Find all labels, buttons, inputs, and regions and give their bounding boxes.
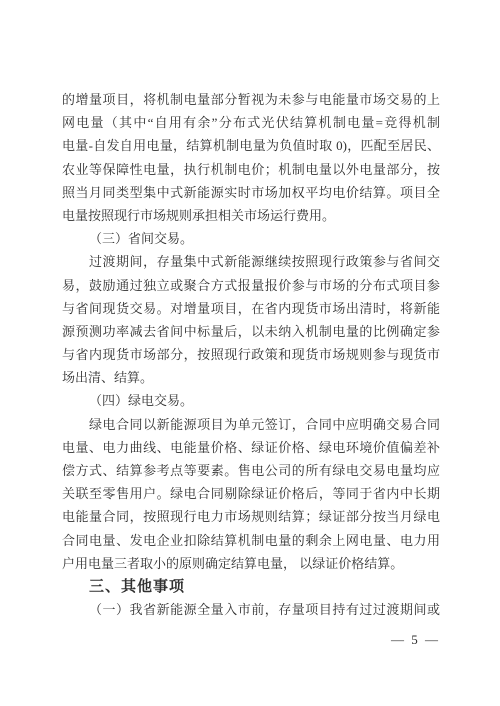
text-line: 与省间现货交易。对增量项目，在省内现货市场出清时，将新能 bbox=[62, 297, 440, 320]
page-number: — 5 — bbox=[391, 632, 440, 648]
section-heading: 三、其他事项 bbox=[62, 575, 440, 598]
text-line: 网电量（其中“自用有余”分布式光伏结算机制电量=竞得机制 bbox=[62, 111, 440, 134]
text-line: 易，鼓励通过独立或聚合方式报量报价参与市场的分布式项目参 bbox=[62, 274, 440, 297]
text-line: 绿电合同以新能源项目为单元签订，合同中应明确交易合同 bbox=[62, 413, 440, 436]
text-line: 合同电量、发电企业扣除结算机制电量的剩余上网电量、电力用 bbox=[62, 529, 440, 552]
text-line: 农业等保障性电量，执行机制电价；机制电量以外电量部分，按 bbox=[62, 158, 440, 181]
text-line: 偿方式、结算参考点等要素。售电公司的所有绿电交易电量均应 bbox=[62, 459, 440, 482]
text-line: 电量按照现行市场规则承担相关市场运行费用。 bbox=[62, 204, 440, 227]
text-line: 场出清、结算。 bbox=[62, 366, 440, 389]
document-body: 的增量项目，将机制电量部分暂视为未参与电能量市场交易的上网电量（其中“自用有余”… bbox=[62, 88, 440, 621]
text-line: 照当月同类型集中式新能源实时市场加权平均电价结算。项目全 bbox=[62, 181, 440, 204]
text-line: 电量-自发自用电量，结算机制电量为负值时取 0)，匹配至居民、 bbox=[62, 134, 440, 157]
text-line: （三）省间交易。 bbox=[62, 227, 440, 250]
text-line: 电量、电力曲线、电能量价格、绿证价格、绿电环境价值偏差补 bbox=[62, 436, 440, 459]
text-line: 过渡期间，存量集中式新能源继续按照现行政策参与省间交 bbox=[62, 250, 440, 273]
text-line: 的增量项目，将机制电量部分暂视为未参与电能量市场交易的上 bbox=[62, 88, 440, 111]
text-line: 关联至零售用户。绿电合同剔除绿证价格后，等同于省内中长期 bbox=[62, 482, 440, 505]
text-line: （一）我省新能源全量入市前，存量项目持有过过渡期间或 bbox=[62, 598, 440, 621]
text-line: （四）绿电交易。 bbox=[62, 389, 440, 412]
document-page: 的增量项目，将机制电量部分暂视为未参与电能量市场交易的上网电量（其中“自用有余”… bbox=[0, 0, 500, 706]
text-line: 电能量合同，按照现行电力市场规则结算；绿证部分按当月绿电 bbox=[62, 505, 440, 528]
text-line: 户用电量三者取小的原则确定结算电量， 以绿证价格结算。 bbox=[62, 552, 440, 575]
text-line: 源预测功率减去省间中标量后，以未纳入机制电量的比例确定参 bbox=[62, 320, 440, 343]
text-line: 与省内现货市场部分，按照现行政策和现货市场规则参与现货市 bbox=[62, 343, 440, 366]
